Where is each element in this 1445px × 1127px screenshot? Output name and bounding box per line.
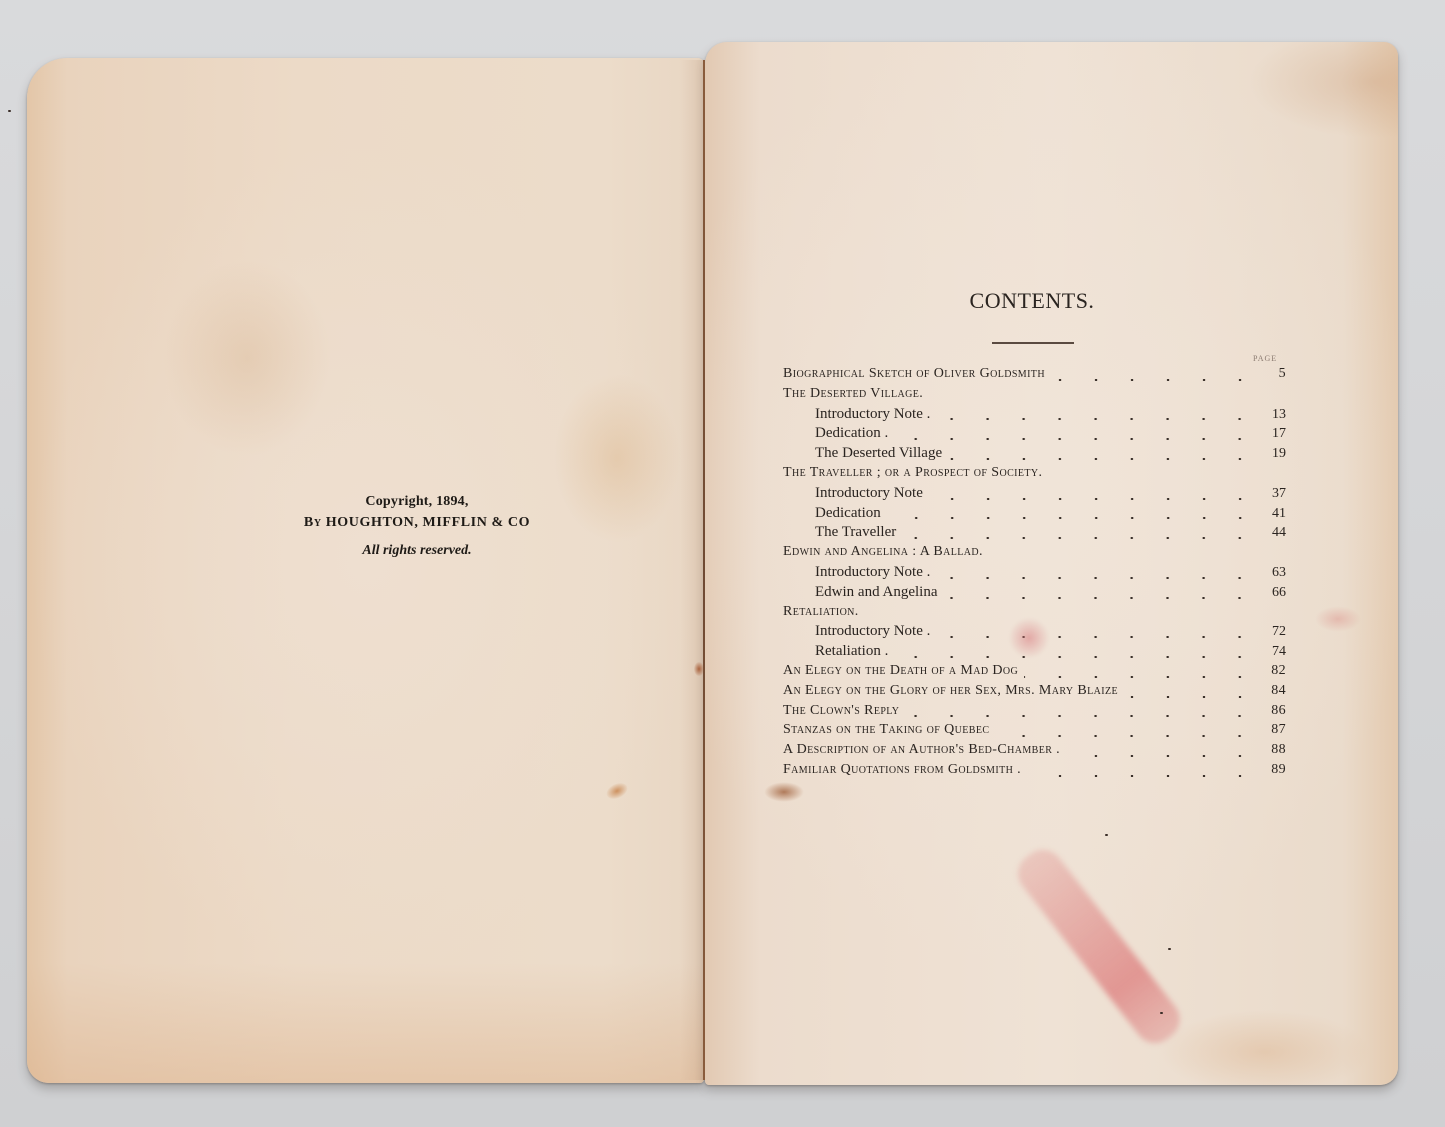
publisher-name: HOUGHTON, MIFFLIN & CO xyxy=(326,515,530,530)
contents-title: CONTENTS. xyxy=(935,288,1129,314)
page-column-header: PAGE xyxy=(1253,354,1277,363)
ink-speck xyxy=(1105,834,1108,836)
toc-page-number: 13 xyxy=(1264,407,1286,423)
toc-page-number: 86 xyxy=(1264,703,1286,719)
toc-entry-label: Edwin and Angelina xyxy=(815,584,937,601)
leader-dots xyxy=(894,656,1258,658)
toc-subentry: Retaliation .74 xyxy=(783,643,1286,663)
toc-subentry: The Traveller44 xyxy=(783,524,1286,544)
toc-page-number: 41 xyxy=(1264,506,1286,522)
toc-subentry: Edwin and Angelina66 xyxy=(783,584,1286,604)
publisher-line: By HOUGHTON, MIFFLIN & CO xyxy=(267,515,567,531)
leader-dots xyxy=(995,735,1258,737)
toc-entry: Retaliation. xyxy=(783,604,1286,624)
toc-entry: A Description of an Author's Bed-Chamber… xyxy=(783,742,1286,762)
leader-dots xyxy=(943,597,1258,599)
toc-entry-label: An Elegy on the Death of a Mad Dog xyxy=(783,663,1018,679)
toc-subentry: The Deserted Village19 xyxy=(783,445,1286,465)
toc-entry-label: The Traveller ; or a Prospect of Society… xyxy=(783,465,1042,481)
toc-page-number: 89 xyxy=(1264,762,1286,778)
leader-dots xyxy=(1066,755,1258,757)
leader-dots xyxy=(929,498,1258,500)
leader-dots xyxy=(1024,676,1258,678)
toc-entry: The Traveller ; or a Prospect of Society… xyxy=(783,465,1286,485)
rights-reserved: All rights reserved. xyxy=(267,543,567,559)
leader-dots xyxy=(902,537,1258,539)
toc-page-number: 72 xyxy=(1264,624,1286,640)
leader-dots xyxy=(905,715,1258,717)
toc-entry-label: Introductory Note . xyxy=(815,564,930,581)
toc-entry-label: A Description of an Author's Bed-Chamber… xyxy=(783,742,1060,758)
leader-dots xyxy=(1124,696,1258,698)
toc-page-number: 87 xyxy=(1264,722,1286,738)
title-rule-divider xyxy=(992,342,1074,344)
toc-entry: An Elegy on the Death of a Mad Dog82 xyxy=(783,663,1286,683)
copyright-imprint: Copyright, 1894, By HOUGHTON, MIFFLIN & … xyxy=(267,494,567,559)
toc-entry: Stanzas on the Taking of Quebec87 xyxy=(783,722,1286,742)
toc-entry-label: Retaliation. xyxy=(783,604,859,620)
toc-entry-label: The Traveller xyxy=(815,524,896,541)
leader-dots xyxy=(1027,775,1258,777)
ink-speck xyxy=(8,110,11,112)
toc-subentry: Introductory Note .13 xyxy=(783,406,1286,426)
leader-dots xyxy=(1051,379,1258,381)
open-book-photo: Copyright, 1894, By HOUGHTON, MIFFLIN & … xyxy=(0,0,1445,1127)
toc-entry-label: Dedication xyxy=(815,505,881,522)
toc-page-number: 5 xyxy=(1264,366,1286,382)
toc-page-number: 82 xyxy=(1264,663,1286,679)
toc-page-number: 63 xyxy=(1264,565,1286,581)
toc-page-number: 19 xyxy=(1264,446,1286,462)
toc-entry-label: Stanzas on the Taking of Quebec xyxy=(783,722,989,738)
toc-entry-label: Dedication . xyxy=(815,425,888,442)
copyright-line: Copyright, 1894, xyxy=(267,494,567,510)
table-of-contents: Biographical Sketch of Oliver Goldsmith5… xyxy=(783,366,1286,782)
toc-entry-label: Biographical Sketch of Oliver Goldsmith xyxy=(783,366,1045,382)
book-spine-gutter xyxy=(703,60,705,1080)
toc-entry: Edwin and Angelina : A Ballad. xyxy=(783,544,1286,564)
toc-entry-label: The Deserted Village xyxy=(815,445,942,462)
toc-page-number: 44 xyxy=(1264,525,1286,541)
toc-entry-label: The Clown's Reply xyxy=(783,703,899,719)
toc-page-number: 74 xyxy=(1264,644,1286,660)
leader-dots xyxy=(936,577,1258,579)
ink-speck xyxy=(1160,1012,1163,1014)
right-page-contents: CONTENTS. PAGE Biographical Sketch of Ol… xyxy=(705,42,1398,1085)
gutter-shadow xyxy=(680,60,704,1080)
leader-dots xyxy=(948,458,1258,460)
toc-page-number: 66 xyxy=(1264,585,1286,601)
toc-entry-label: An Elegy on the Glory of her Sex, Mrs. M… xyxy=(783,683,1118,699)
leader-dots xyxy=(894,438,1258,440)
toc-entry: Familiar Quotations from Goldsmith .89 xyxy=(783,762,1286,782)
toc-subentry: Introductory Note37 xyxy=(783,485,1286,505)
leader-dots xyxy=(936,418,1258,420)
toc-entry: The Deserted Village. xyxy=(783,386,1286,406)
toc-entry-label: Introductory Note . xyxy=(815,623,930,640)
toc-entry-label: Introductory Note xyxy=(815,485,923,502)
toc-entry: Biographical Sketch of Oliver Goldsmith5 xyxy=(783,366,1286,386)
toc-entry-label: Edwin and Angelina : A Ballad. xyxy=(783,544,983,560)
toc-page-number: 84 xyxy=(1264,683,1286,699)
publisher-prefix: By xyxy=(304,515,322,530)
toc-entry: An Elegy on the Glory of her Sex, Mrs. M… xyxy=(783,683,1286,703)
leader-dots xyxy=(887,517,1258,519)
toc-entry-label: Retaliation . xyxy=(815,643,888,660)
toc-subentry: Dedication41 xyxy=(783,505,1286,525)
toc-entry-label: Familiar Quotations from Goldsmith . xyxy=(783,762,1021,778)
toc-subentry: Introductory Note .63 xyxy=(783,564,1286,584)
toc-page-number: 88 xyxy=(1264,742,1286,758)
leader-dots xyxy=(936,636,1258,638)
toc-entry: The Clown's Reply86 xyxy=(783,703,1286,723)
toc-page-number: 17 xyxy=(1264,426,1286,442)
toc-subentry: Introductory Note .72 xyxy=(783,623,1286,643)
toc-subentry: Dedication .17 xyxy=(783,425,1286,445)
ink-speck xyxy=(1168,948,1171,950)
toc-page-number: 37 xyxy=(1264,486,1286,502)
left-page-copyright: Copyright, 1894, By HOUGHTON, MIFFLIN & … xyxy=(27,58,704,1083)
toc-entry-label: The Deserted Village. xyxy=(783,386,923,402)
toc-entry-label: Introductory Note . xyxy=(815,406,930,423)
